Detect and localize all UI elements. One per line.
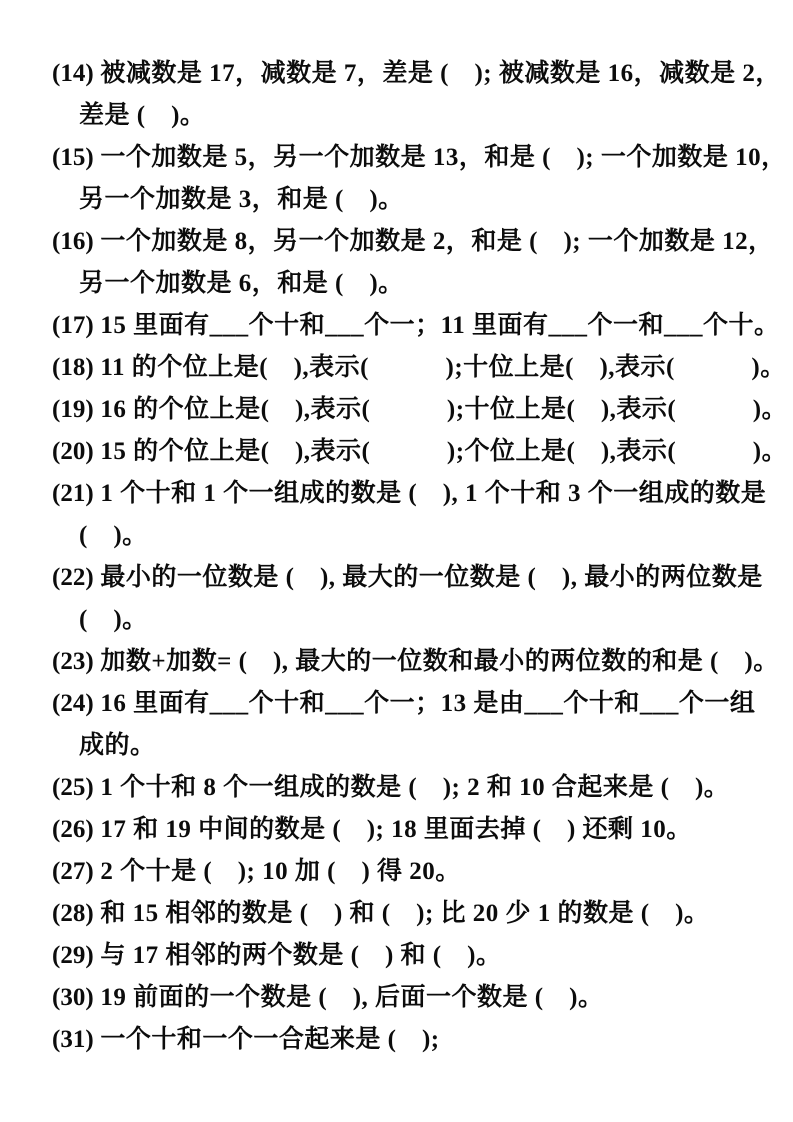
problem-first-line: (28) 和 15 相邻的数是 ( ) 和 ( ); 比 20 少 1 的数是 … bbox=[52, 893, 757, 935]
problem-first-line: (16) 一个加数是 8，另一个加数是 2，和是 ( ); 一个加数是 12， bbox=[52, 221, 757, 263]
problem-text: 最小的一位数是 ( ), 最大的一位数是 ( ), 最小的两位数是 bbox=[94, 564, 763, 591]
problem-text: 一个加数是 8，另一个加数是 2，和是 ( ); 一个加数是 12， bbox=[94, 228, 774, 255]
problem-text: 一个十和一个一合起来是 ( ); bbox=[94, 1026, 440, 1053]
problem-number: (27) bbox=[52, 858, 94, 885]
problem-row: (17) 15 里面有___个十和___个一；11 里面有___个一和___个十… bbox=[52, 305, 757, 347]
problem-continuation-line: 另一个加数是 6，和是 ( )。 bbox=[52, 263, 757, 305]
problem-text: 19 前面的一个数是 ( ), 后面一个数是 ( )。 bbox=[94, 984, 604, 1011]
problem-number: (17) bbox=[52, 312, 94, 339]
problem-row: (21) 1 个十和 1 个一组成的数是 ( ), 1 个十和 3 个一组成的数… bbox=[52, 473, 757, 557]
problem-row: (14) 被减数是 17，减数是 7，差是 ( ); 被减数是 16，减数是 2… bbox=[52, 53, 757, 137]
problem-list: (14) 被减数是 17，减数是 7，差是 ( ); 被减数是 16，减数是 2… bbox=[52, 53, 757, 1061]
problem-first-line: (20) 15 的个位上是( ),表示( );个位上是( ),表示( )。 bbox=[52, 431, 757, 473]
problem-continuation-line: ( )。 bbox=[52, 515, 757, 557]
problem-first-line: (26) 17 和 19 中间的数是 ( ); 18 里面去掉 ( ) 还剩 1… bbox=[52, 809, 757, 851]
problem-number: (30) bbox=[52, 984, 94, 1011]
problem-continuation-line: 成的。 bbox=[52, 725, 757, 767]
problem-text: 1 个十和 1 个一组成的数是 ( ), 1 个十和 3 个一组成的数是 bbox=[94, 480, 767, 507]
problem-text: 16 里面有___个十和___个一；13 是由___个十和___个一组 bbox=[94, 690, 756, 717]
problem-text: 16 的个位上是( ),表示( );十位上是( ),表示( )。 bbox=[94, 396, 787, 423]
problem-number: (14) bbox=[52, 60, 94, 87]
problem-number: (28) bbox=[52, 900, 94, 927]
problem-row: (25) 1 个十和 8 个一组成的数是 ( ); 2 和 10 合起来是 ( … bbox=[52, 767, 757, 809]
problem-continuation-line: ( )。 bbox=[52, 599, 757, 641]
problem-first-line: (31) 一个十和一个一合起来是 ( ); bbox=[52, 1019, 757, 1061]
problem-text: 15 的个位上是( ),表示( );个位上是( ),表示( )。 bbox=[94, 438, 787, 465]
problem-text: 加数+加数= ( ), 最大的一位数和最小的两位数的和是 ( )。 bbox=[94, 648, 779, 675]
problem-number: (22) bbox=[52, 564, 94, 591]
problem-row: (15) 一个加数是 5，另一个加数是 13，和是 ( ); 一个加数是 10，… bbox=[52, 137, 757, 221]
problem-row: (23) 加数+加数= ( ), 最大的一位数和最小的两位数的和是 ( )。 bbox=[52, 641, 757, 683]
problem-row: (27) 2 个十是 ( ); 10 加 ( ) 得 20。 bbox=[52, 851, 757, 893]
worksheet-page: (14) 被减数是 17，减数是 7，差是 ( ); 被减数是 16，减数是 2… bbox=[0, 0, 793, 1122]
problem-text: 被减数是 17，减数是 7，差是 ( ); 被减数是 16，减数是 2， bbox=[94, 60, 781, 87]
problem-number: (20) bbox=[52, 438, 94, 465]
problem-continuation-line: 差是 ( )。 bbox=[52, 95, 757, 137]
problem-row: (30) 19 前面的一个数是 ( ), 后面一个数是 ( )。 bbox=[52, 977, 757, 1019]
problem-first-line: (21) 1 个十和 1 个一组成的数是 ( ), 1 个十和 3 个一组成的数… bbox=[52, 473, 757, 515]
problem-row: (24) 16 里面有___个十和___个一；13 是由___个十和___个一组… bbox=[52, 683, 757, 767]
problem-text: 11 的个位上是( ),表示( );十位上是( ),表示( )。 bbox=[94, 354, 786, 381]
problem-first-line: (18) 11 的个位上是( ),表示( );十位上是( ),表示( )。 bbox=[52, 347, 757, 389]
problem-text: 1 个十和 8 个一组成的数是 ( ); 2 和 10 合起来是 ( )。 bbox=[94, 774, 730, 801]
problem-row: (18) 11 的个位上是( ),表示( );十位上是( ),表示( )。 bbox=[52, 347, 757, 389]
problem-first-line: (17) 15 里面有___个十和___个一；11 里面有___个一和___个十… bbox=[52, 305, 757, 347]
problem-row: (19) 16 的个位上是( ),表示( );十位上是( ),表示( )。 bbox=[52, 389, 757, 431]
problem-first-line: (29) 与 17 相邻的两个数是 ( ) 和 ( )。 bbox=[52, 935, 757, 977]
problem-text: 和 15 相邻的数是 ( ) 和 ( ); 比 20 少 1 的数是 ( )。 bbox=[94, 900, 710, 927]
problem-text: 与 17 相邻的两个数是 ( ) 和 ( )。 bbox=[94, 942, 502, 969]
problem-row: (26) 17 和 19 中间的数是 ( ); 18 里面去掉 ( ) 还剩 1… bbox=[52, 809, 757, 851]
problem-text: 17 和 19 中间的数是 ( ); 18 里面去掉 ( ) 还剩 10。 bbox=[94, 816, 692, 843]
problem-row: (20) 15 的个位上是( ),表示( );个位上是( ),表示( )。 bbox=[52, 431, 757, 473]
problem-first-line: (30) 19 前面的一个数是 ( ), 后面一个数是 ( )。 bbox=[52, 977, 757, 1019]
problem-number: (23) bbox=[52, 648, 94, 675]
problem-text: 15 里面有___个十和___个一；11 里面有___个一和___个十。 bbox=[94, 312, 780, 339]
problem-row: (22) 最小的一位数是 ( ), 最大的一位数是 ( ), 最小的两位数是( … bbox=[52, 557, 757, 641]
problem-number: (19) bbox=[52, 396, 94, 423]
problem-number: (18) bbox=[52, 354, 94, 381]
problem-row: (16) 一个加数是 8，另一个加数是 2，和是 ( ); 一个加数是 12，另… bbox=[52, 221, 757, 305]
problem-first-line: (14) 被减数是 17，减数是 7，差是 ( ); 被减数是 16，减数是 2… bbox=[52, 53, 757, 95]
problem-number: (25) bbox=[52, 774, 94, 801]
problem-first-line: (19) 16 的个位上是( ),表示( );十位上是( ),表示( )。 bbox=[52, 389, 757, 431]
problem-first-line: (22) 最小的一位数是 ( ), 最大的一位数是 ( ), 最小的两位数是 bbox=[52, 557, 757, 599]
problem-continuation-line: 另一个加数是 3，和是 ( )。 bbox=[52, 179, 757, 221]
problem-first-line: (25) 1 个十和 8 个一组成的数是 ( ); 2 和 10 合起来是 ( … bbox=[52, 767, 757, 809]
problem-first-line: (24) 16 里面有___个十和___个一；13 是由___个十和___个一组 bbox=[52, 683, 757, 725]
problem-first-line: (27) 2 个十是 ( ); 10 加 ( ) 得 20。 bbox=[52, 851, 757, 893]
problem-row: (29) 与 17 相邻的两个数是 ( ) 和 ( )。 bbox=[52, 935, 757, 977]
problem-number: (21) bbox=[52, 480, 94, 507]
problem-text: 2 个十是 ( ); 10 加 ( ) 得 20。 bbox=[94, 858, 461, 885]
problem-number: (15) bbox=[52, 144, 94, 171]
problem-number: (16) bbox=[52, 228, 94, 255]
problem-number: (26) bbox=[52, 816, 94, 843]
problem-row: (28) 和 15 相邻的数是 ( ) 和 ( ); 比 20 少 1 的数是 … bbox=[52, 893, 757, 935]
problem-text: 一个加数是 5，另一个加数是 13，和是 ( ); 一个加数是 10， bbox=[94, 144, 787, 171]
problem-number: (29) bbox=[52, 942, 94, 969]
problem-number: (24) bbox=[52, 690, 94, 717]
problem-number: (31) bbox=[52, 1026, 94, 1053]
problem-first-line: (15) 一个加数是 5，另一个加数是 13，和是 ( ); 一个加数是 10， bbox=[52, 137, 757, 179]
problem-row: (31) 一个十和一个一合起来是 ( ); bbox=[52, 1019, 757, 1061]
problem-first-line: (23) 加数+加数= ( ), 最大的一位数和最小的两位数的和是 ( )。 bbox=[52, 641, 757, 683]
